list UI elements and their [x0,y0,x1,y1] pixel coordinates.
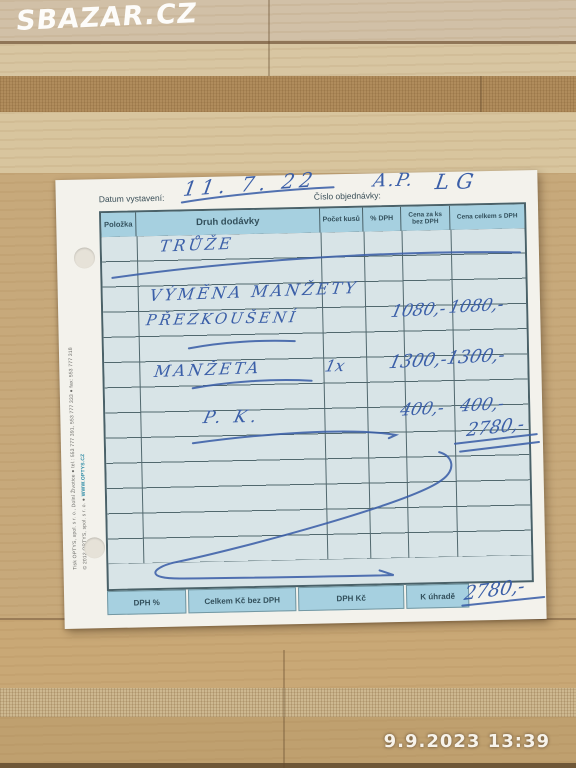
wood-joint-2 [480,76,482,112]
footer-cell-k-uhrade: K úhradě [406,584,469,609]
printer-copyright-text: © 2012 OPTYS, spol. s r. o. ● [81,496,89,569]
footer-cell-dph: DPH % [107,589,186,615]
column-header-pocet-kusu: Počet kusů [320,208,363,233]
wood-plank-3 [0,76,576,112]
hw-price-unit-1080: 1080,- [389,299,448,322]
punch-hole-bottom [84,537,105,558]
wood-plank-4 [0,112,576,173]
column-header-cena-celkem: Cena celkem s DPH [450,204,524,230]
wood-joint-1 [268,0,270,76]
wood-seam-3 [0,763,576,768]
wood-plank-2 [0,44,576,76]
hw-price-total-1300: 1300,- [445,345,507,370]
hw-item-prezkouseni: PŘEZKOUŠENÍ [145,308,300,329]
receipt-paper: Tisk OPTYS, spol. s r. o., Dolní Životic… [55,170,546,629]
column-header-cena-za-ks: Cena za ks bez DPH [401,206,450,231]
hw-price-total-1080: 1080,- [447,295,506,318]
wood-plank-7 [0,688,576,717]
side-print-line1: Tisk OPTYS, spol. s r. o., Dolní Životic… [68,347,79,570]
date-label: Datum vystavení: [99,193,165,204]
hw-item-trouba: TRŮŽE [158,234,235,256]
punch-hole-top [74,247,95,268]
hw-price-unit-400: 400,- [398,398,446,421]
wood-joint-3 [283,650,285,768]
photo-scene: SBAZAR.CZ 9.9.2023 13:39 Tisk OPTYS, spo… [0,0,576,768]
hw-item-pk: P. K. [201,407,262,428]
wood-plank-6 [0,620,576,688]
order-number-label: Číslo objednávky: [314,190,381,201]
footer-cell-dph-kc: DPH Kč [298,585,404,611]
printer-url-text: WWW.OPTYS.CZ [80,454,87,497]
hw-price-total-400: 400,- [458,394,506,417]
footer-cell-celkem-bez-dph: Celkem Kč bez DPH [188,587,296,613]
order-ref-handwritten: A.P. [371,170,416,192]
hw-price-unit-1300: 1300,- [387,349,449,374]
column-header-dph: % DPH [363,207,401,232]
column-header-polozka: Položka [101,212,136,237]
printer-contact-text: Tisk OPTYS, spol. s r. o., Dolní Životic… [68,347,79,570]
brand-handwritten: LG [434,169,482,194]
camera-timestamp: 9.9.2023 13:39 [384,731,550,752]
